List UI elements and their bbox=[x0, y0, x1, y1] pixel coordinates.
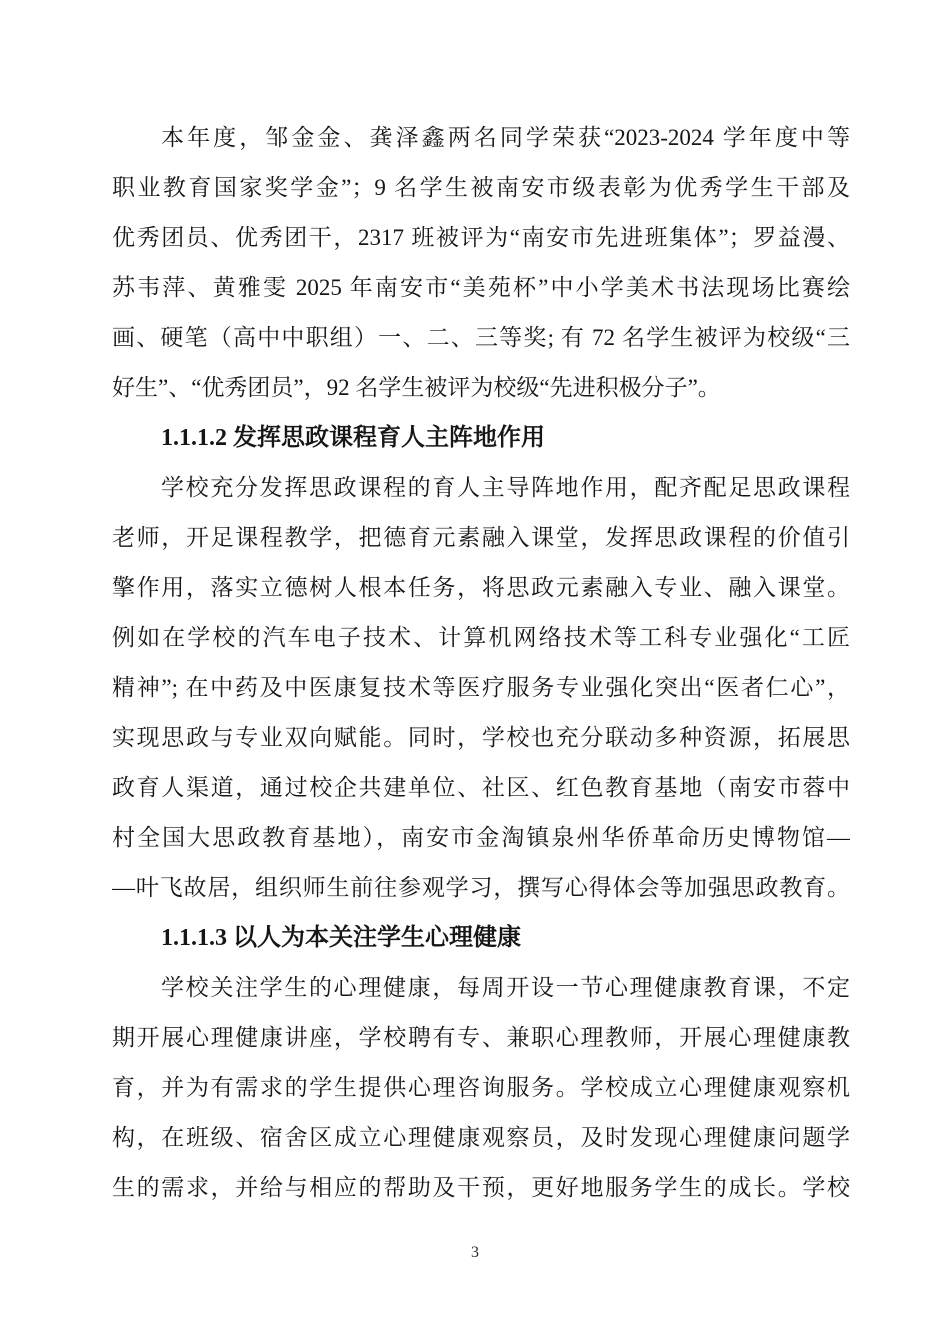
paragraph-line: 老师，开足课程教学，把德育元素融入课堂，发挥思政课程的价值引 bbox=[112, 513, 850, 563]
paragraph-line: 育，并为有需求的学生提供心理咨询服务。学校成立心理健康观察机 bbox=[112, 1063, 850, 1113]
paragraph-line: 构，在班级、宿舍区成立心理健康观察员，及时发现心理健康问题学 bbox=[112, 1113, 850, 1163]
paragraph-line: 学校关注学生的心理健康，每周开设一节心理健康教育课，不定 bbox=[112, 963, 850, 1013]
document-page: 本年度，邹金金、龚泽鑫两名同学荣获“2023-2024 学年度中等 职业教育国家… bbox=[0, 0, 950, 1343]
section-heading-1-1-1-2: 1.1.1.2 发挥思政课程育人主阵地作用 bbox=[112, 413, 850, 463]
paragraph-line: 好生”、“优秀团员”，92 名学生被评为校级“先进积极分子”。 bbox=[112, 363, 850, 413]
paragraph-line: —叶飞故居，组织师生前往参观学习，撰写心得体会等加强思政教育。 bbox=[112, 863, 850, 913]
page-number: 3 bbox=[0, 1244, 950, 1262]
paragraph-line: 村全国大思政教育基地），南安市金淘镇泉州华侨革命历史博物馆— bbox=[112, 813, 850, 863]
paragraph-line: 精神”; 在中药及中医康复技术等医疗服务专业强化突出“医者仁心”， bbox=[112, 663, 850, 713]
paragraph-line: 学校充分发挥思政课程的育人主导阵地作用，配齐配足思政课程 bbox=[112, 463, 850, 513]
paragraph-line: 职业教育国家奖学金”；9 名学生被南安市级表彰为优秀学生干部及 bbox=[112, 163, 850, 213]
paragraph-line: 画、硬笔（高中中职组）一、二、三等奖; 有 72 名学生被评为校级“三 bbox=[112, 313, 850, 363]
text-block: 本年度，邹金金、龚泽鑫两名同学荣获“2023-2024 学年度中等 职业教育国家… bbox=[112, 113, 850, 1213]
paragraph-line: 苏韦萍、黄雅雯 2025 年南安市“美苑杯”中小学美术书法现场比赛绘 bbox=[112, 263, 850, 313]
paragraph-line: 擎作用，落实立德树人根本任务，将思政元素融入专业、融入课堂。 bbox=[112, 563, 850, 613]
paragraph-line: 期开展心理健康讲座，学校聘有专、兼职心理教师，开展心理健康教 bbox=[112, 1013, 850, 1063]
paragraph-line: 政育人渠道，通过校企共建单位、社区、红色教育基地（南安市蓉中 bbox=[112, 763, 850, 813]
paragraph-line: 例如在学校的汽车电子技术、计算机网络技术等工科专业强化“工匠 bbox=[112, 613, 850, 663]
paragraph-line: 优秀团员、优秀团干，2317 班被评为“南安市先进班集体”；罗益漫、 bbox=[112, 213, 850, 263]
section-heading-1-1-1-3: 1.1.1.3 以人为本关注学生心理健康 bbox=[112, 913, 850, 963]
paragraph-line: 本年度，邹金金、龚泽鑫两名同学荣获“2023-2024 学年度中等 bbox=[112, 113, 850, 163]
paragraph-line: 生的需求，并给与相应的帮助及干预，更好地服务学生的成长。学校 bbox=[112, 1163, 850, 1213]
paragraph-line: 实现思政与专业双向赋能。同时，学校也充分联动多种资源，拓展思 bbox=[112, 713, 850, 763]
